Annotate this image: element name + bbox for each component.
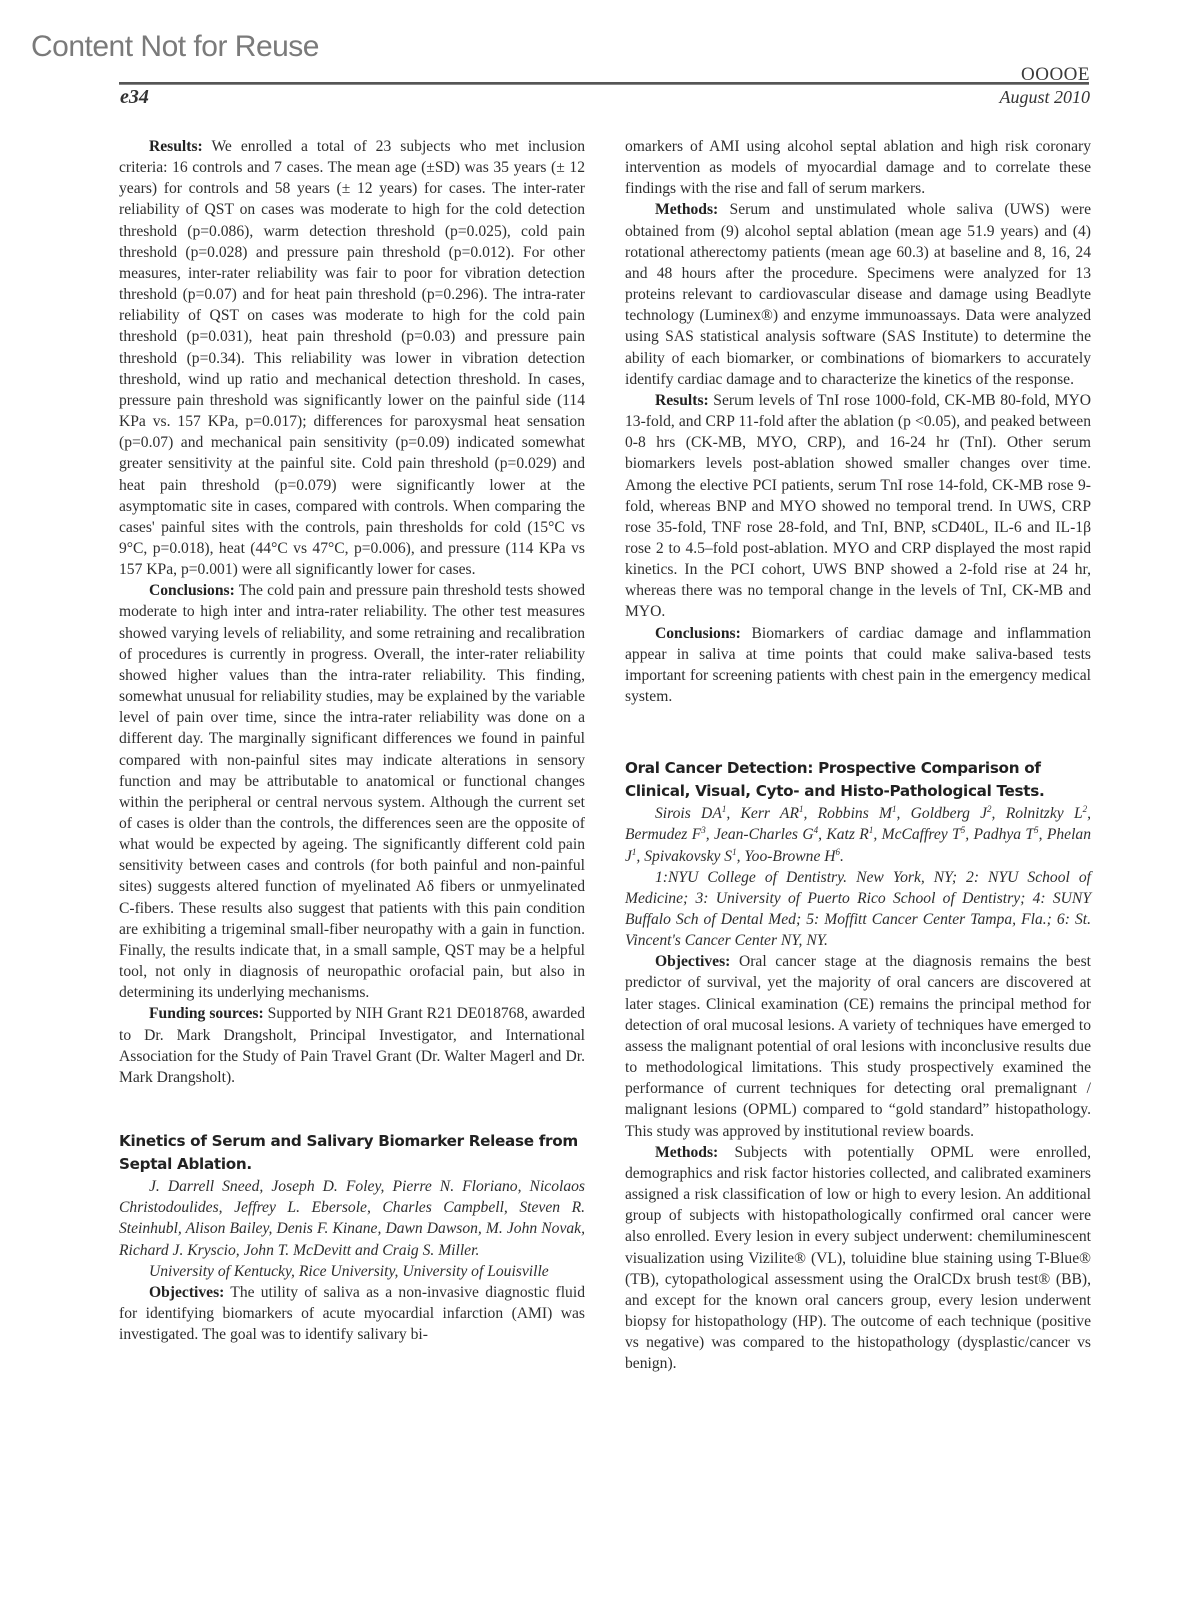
author-name: Goldberg J (911, 805, 987, 822)
page-number: e34 (120, 86, 149, 109)
article-authors: Sirois DA1, Kerr AR1, Robbins M1, Goldbe… (625, 803, 1091, 866)
affiliation-marker: 1 (722, 804, 727, 814)
objectives-label: Objectives: (655, 953, 730, 970)
author-name: Padhya T (973, 826, 1034, 843)
results-paragraph: Results: We enrolled a total of 23 subje… (119, 136, 585, 580)
section-gap (119, 1088, 585, 1130)
article-title: Kinetics of Serum and Salivary Biomarker… (119, 1130, 585, 1176)
methods-paragraph: Methods: Subjects with potentially OPML … (625, 1142, 1091, 1375)
right-column: omarkers of AMI using alcohol septal abl… (625, 136, 1091, 1374)
affiliation-marker: 1 (869, 825, 874, 835)
affiliation-marker: 1 (732, 846, 737, 856)
affiliation-marker: 1 (632, 846, 637, 856)
header-rule (119, 82, 1089, 85)
objectives-continued: omarkers of AMI using alcohol septal abl… (625, 136, 1091, 199)
author-name: McCaffrey T (882, 826, 961, 843)
conclusions-paragraph: Conclusions: Biomarkers of cardiac damag… (625, 623, 1091, 708)
funding-paragraph: Funding sources: Supported by NIH Grant … (119, 1003, 585, 1088)
objectives-paragraph: Objectives: The utility of saliva as a n… (119, 1282, 585, 1345)
affiliation-marker: 5 (1034, 825, 1039, 835)
author-name: Jean-Charles G (714, 826, 814, 843)
methods-label: Methods: (655, 201, 718, 218)
conclusions-text: The cold pain and pressure pain threshol… (119, 582, 585, 1001)
author-name: Katz R (826, 826, 868, 843)
affiliation-marker: 5 (961, 825, 966, 835)
results-label: Results: (149, 138, 203, 155)
results-label: Results: (655, 392, 709, 409)
results-text: We enrolled a total of 23 subjects who m… (119, 138, 585, 578)
methods-text: Subjects with potentially OPML were enro… (625, 1144, 1091, 1373)
article-affiliations: University of Kentucky, Rice University,… (119, 1261, 585, 1282)
affiliation-marker: 4 (814, 825, 819, 835)
section-gap (625, 707, 1091, 757)
affiliation-marker: 3 (701, 825, 706, 835)
watermark: Content Not for Reuse (31, 30, 319, 64)
methods-paragraph: Methods: Serum and unstimulated whole sa… (625, 199, 1091, 389)
issue-date: August 2010 (999, 87, 1090, 108)
conclusions-label: Conclusions: (655, 625, 741, 642)
affiliation-marker: 1 (799, 804, 804, 814)
author-name: Yoo-Browne H (744, 848, 835, 865)
funding-label: Funding sources: (149, 1005, 264, 1022)
article-title: Oral Cancer Detection: Prospective Compa… (625, 757, 1091, 803)
methods-text: Serum and unstimulated whole saliva (UWS… (625, 201, 1091, 387)
author-name: Rolnitzky L (1006, 805, 1083, 822)
objectives-label: Objectives: (149, 1284, 224, 1301)
methods-label: Methods: (655, 1144, 718, 1161)
affiliation-marker: 6 (836, 846, 841, 856)
author-name: Bermudez F (625, 826, 701, 843)
results-paragraph: Results: Serum levels of TnI rose 1000-f… (625, 390, 1091, 623)
affiliation-marker: 2 (1083, 804, 1088, 814)
author-name: Kerr AR (741, 805, 799, 822)
article-authors: J. Darrell Sneed, Joseph D. Foley, Pierr… (119, 1176, 585, 1261)
affiliation-marker: 1 (892, 804, 897, 814)
objectives-paragraph: Objectives: Oral cancer stage at the dia… (625, 951, 1091, 1141)
author-name: Sirois DA (655, 805, 722, 822)
affiliation-marker: 2 (987, 804, 992, 814)
article-affiliations: 1:NYU College of Dentistry. New York, NY… (625, 867, 1091, 952)
left-column: Results: We enrolled a total of 23 subje… (119, 136, 585, 1345)
conclusions-label: Conclusions: (149, 582, 235, 599)
author-name: Spivakovsky S (644, 848, 732, 865)
objectives-text: Oral cancer stage at the diagnosis remai… (625, 953, 1091, 1139)
results-text: Serum levels of TnI rose 1000-fold, CK-M… (625, 392, 1091, 621)
conclusions-paragraph: Conclusions: The cold pain and pressure … (119, 580, 585, 1003)
author-name: Robbins M (818, 805, 892, 822)
